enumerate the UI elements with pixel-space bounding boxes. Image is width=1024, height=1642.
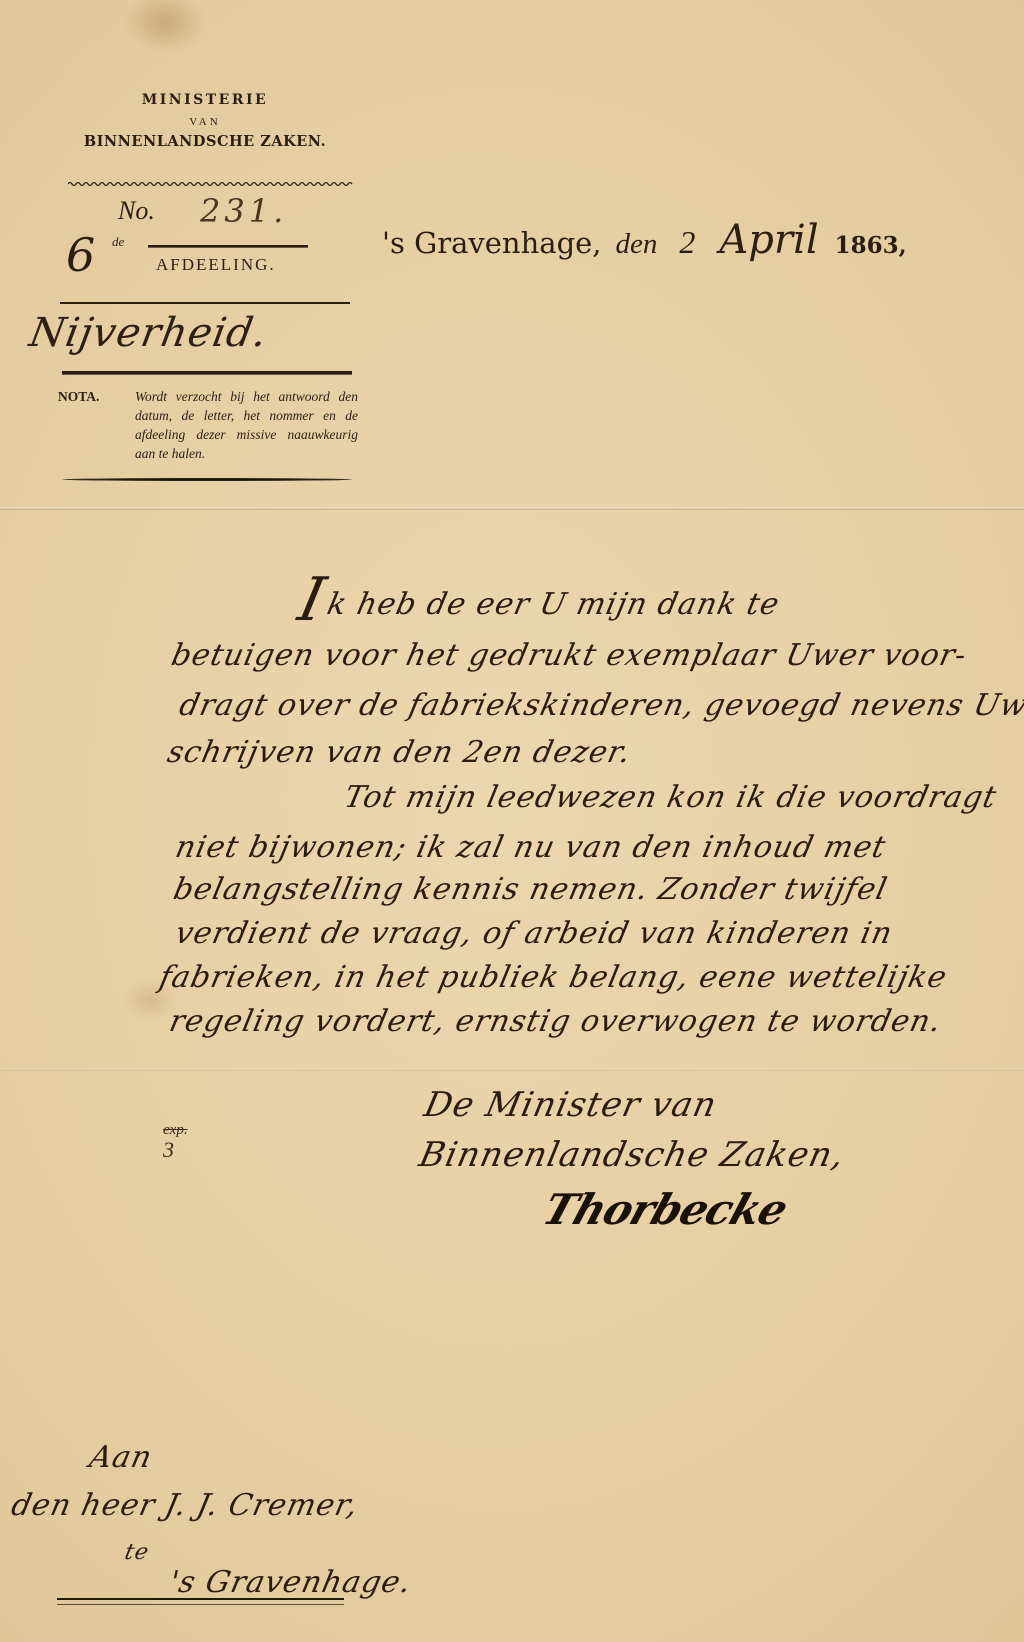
letterhead-line-3: BINNENLANDSCHE ZAKEN. — [55, 133, 355, 150]
date-year: 1863, — [835, 232, 907, 259]
body-initial: I — [293, 565, 333, 635]
address-line-4: 's Gravenhage. — [166, 1565, 415, 1600]
division-number: 6 — [66, 228, 95, 282]
letterhead-line-1: MINISTERIE — [55, 92, 355, 108]
subject-bottom-rule — [62, 371, 352, 375]
date-month: April — [719, 217, 818, 263]
body-line-3: dragt over de fabriekskinderen, gevoegd … — [176, 688, 1024, 723]
date-line: 's Gravenhage,den2April1863, — [382, 217, 907, 263]
signature: Thorbecke — [537, 1185, 793, 1234]
body-line-6: niet bijwonen; ik zal nu van den inhoud … — [172, 830, 889, 865]
margin-annotation: exp. 3 — [163, 1120, 188, 1160]
ministry-letterhead: MINISTERIE VAN BINNENLANDSCHE ZAKEN. — [55, 92, 355, 150]
closing-line-1: De Minister van — [421, 1085, 721, 1125]
letterhead-line-2: VAN — [55, 116, 355, 128]
address-line-3: te — [122, 1540, 151, 1565]
nota-block: NOTA. Wordt verzocht bij het antwoord de… — [58, 387, 358, 463]
body-line-9: fabrieken, in het publiek belang, eene w… — [156, 960, 950, 995]
margin-annotation-line-2: 3 — [163, 1140, 188, 1160]
wavy-rule-divider — [68, 181, 354, 187]
closing-line-2: Binnenlandsche Zaken, — [416, 1135, 849, 1175]
body-line-5: Tot mijn leedwezen kon ik die voordragt — [341, 780, 1000, 815]
paper-fold-line — [0, 1068, 1024, 1071]
paper-fold-line — [0, 507, 1024, 510]
body-line-text: k heb de eer U mijn dank te — [324, 587, 783, 622]
number-value: 231. — [200, 192, 287, 230]
subject-heading: Nijverheid. — [26, 310, 271, 356]
division-rule — [148, 245, 308, 248]
date-day: 2 — [679, 224, 695, 260]
address-line-1: Aan — [86, 1440, 155, 1475]
letter-page: MINISTERIE VAN BINNENLANDSCHE ZAKEN. No.… — [0, 0, 1024, 1642]
date-city: 's Gravenhage, — [382, 226, 602, 260]
body-line-1: Ik heb de eer U mijn dank te — [293, 565, 788, 635]
address-line-2: den heer J. J. Cremer, — [8, 1488, 361, 1523]
body-line-2: betuigen voor het gedrukt exemplaar Uwer… — [168, 638, 970, 673]
address-underline — [57, 1598, 344, 1605]
subject-top-rule — [60, 302, 350, 304]
body-line-8: verdient de vraag, of arbeid van kindere… — [172, 916, 896, 951]
body-line-7: belangstelling kennis nemen. Zonder twij… — [170, 872, 890, 907]
number-label: No. — [118, 196, 155, 226]
division-suffix: de — [112, 234, 124, 250]
body-line-10: regeling vordert, ernstig overwogen te w… — [166, 1004, 945, 1039]
nota-bottom-rule — [62, 478, 352, 481]
date-den: den — [616, 228, 658, 260]
division-label: AFDEELING. — [156, 255, 276, 275]
body-line-4: schrijven van den 2en dezer. — [164, 735, 634, 770]
nota-text: Wordt verzocht bij het antwoord den datu… — [135, 387, 358, 463]
nota-label: NOTA. — [58, 387, 99, 406]
